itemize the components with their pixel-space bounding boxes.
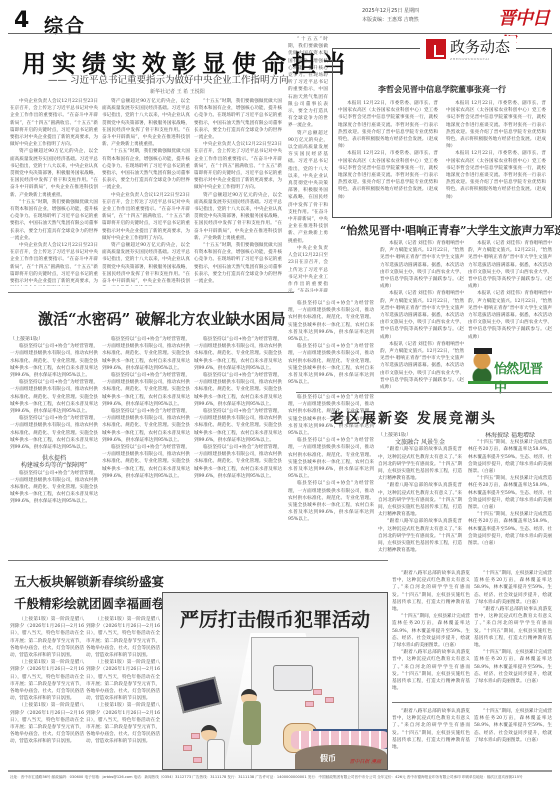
water-subhead-2: 构建城乡均等的“保障网” xyxy=(10,462,98,469)
section-divider-2 xyxy=(296,392,552,393)
header-meta: 2025年12月25日 星期四 本版责编：王惠郑 吉晓然 xyxy=(362,7,502,25)
spring-headline-line-1: 五大板块解锁新春缤纷盛宴 xyxy=(14,572,164,590)
old-district-column-2: 林海披绿 福地增绿 “十四五”期间，左权县累计完成营造林任务20万亩，森林覆盖率… xyxy=(468,432,552,564)
date-line: 2025年12月25日 星期四 xyxy=(362,7,502,16)
section-divider xyxy=(8,292,294,293)
water-column-4: 临县坚持以“公司+协会”为经营管理，一方面组建县级供水有限公司，推动农村供水标准… xyxy=(288,300,374,390)
cartoon-title: 严厉打击假币犯罪活动 xyxy=(163,605,387,632)
old-district-column-6: “十四五”期间，左权县累计完成营造林任务20万亩，森林覆盖率达58.9%，林木覆… xyxy=(474,708,552,768)
section-divider-3 xyxy=(392,702,552,703)
computer-monitor-icon xyxy=(176,677,222,714)
water-headline: 激活“水密码” 破解北方农业缺水困局 xyxy=(38,308,285,329)
student-column-1: 本报讯（记者 刘佳伟）青春唱响晋中韵，声力赋能文旅兴。12月22日，“怡然见晋中… xyxy=(380,240,464,390)
lead-byline: 新华社记者 王 希 王悦阳 xyxy=(150,88,205,95)
yiran-jianjinzhong-logo: 怡然见晋中 xyxy=(468,348,548,386)
old-district-subhead-a: 文旅融合 风景生金 xyxy=(378,439,462,446)
cartoon-credit: 晋中日报 漫画 xyxy=(349,758,381,765)
politics-box-label: 政务动态 xyxy=(450,36,510,57)
bill-icon xyxy=(313,689,322,695)
lead-column-4: “十五五”时期，我们要做强做优做大国有资本和国有企业，增强核心功能，提升核心竞争… xyxy=(288,36,328,292)
printer-icon xyxy=(273,665,313,691)
fleeing-man-2 xyxy=(207,739,225,770)
editor-line: 本版责编：王惠郑 吉晓然 xyxy=(362,16,502,25)
old-district-headline: 老区展新姿 发展竞潮头 xyxy=(330,408,497,428)
lead-column-2: 资产总额超过90万亿元的央企，以全面高质量发展夯实国民经济基础。习近平总书记指出… xyxy=(102,98,190,286)
old-district-column-4: “十四五”期间，左权县累计完成营造林任务20万亩，森林覆盖率达58.9%，林木覆… xyxy=(474,570,552,698)
politics-headline: 李哲会见晋中信息学院董事张亮一行 xyxy=(342,84,542,95)
water-column-1: （上接第1版） 临县坚持以“公司+协会”为经营管理，一方面组建县级供水有限公司，… xyxy=(10,336,98,508)
water-column-2: 临县坚持以“公司+协会”为经营管理，一方面组建县级供水有限公司，推动农村供水标准… xyxy=(102,336,190,508)
page-number: 4 xyxy=(14,8,29,33)
jz-logo-icon xyxy=(426,39,446,59)
student-headline: “怡然见晋中·唱响正青春”大学生文旅声力军选拔活动落幕 xyxy=(340,222,560,238)
water-column-3: 临县坚持以“公司+协会”为经营管理，一方面组建县级供水有限公司，推动农村供水标准… xyxy=(194,336,282,508)
spring-column-2: （上接第1版）第一阶段是腊八到除夕（2026年1月26日—2月16日），腊八当天… xyxy=(86,616,160,766)
footer-info: 社址：晋中市汇通路36号 邮政编码：030600 电子信箱：jzrbbs@126… xyxy=(10,775,550,780)
politics-box-header: 政务动态 ZHENGWUDONGTAI xyxy=(420,36,516,61)
spring-headline-line-2: 千般精彩绘就团圆幸福画卷 xyxy=(14,594,164,612)
old-district-column-1: （上接第1版） 文旅融合 风景生金 “跟着八路军总部的故事认真游览晋中，这种沉浸… xyxy=(378,432,462,564)
spring-column-1: （上接第1版）第一阶段是腊八到除夕（2026年1月26日—2月16日），腊八当天… xyxy=(10,616,84,766)
old-district-column-3: “跟着八路军总部的故事认真游览晋中，这种沉浸式红色教育太有意义了。”来自河北的研… xyxy=(392,570,470,698)
cartoon-illustration: 严厉打击假币犯罪活动 公安机关 假币 晋中日报 漫画 xyxy=(162,592,388,770)
graduation-hat-icon xyxy=(474,348,492,354)
politics-body-col-2: 本报讯 12月22日，市委常委、副市长、晋中国家农高区（太谷国家农业科创中心）党… xyxy=(446,100,546,214)
header-divider xyxy=(8,33,552,34)
sack-label: 假币 xyxy=(320,753,336,764)
old-district-subhead-b: 林海披绿 福地增绿 xyxy=(468,432,552,439)
lead-column-1: 中央企业负责人会议12月22日至23日在京召开，会上传达了习近平总书记对中央企业… xyxy=(10,98,98,286)
politics-body-col-1: 本报讯 12月22日，市委常委、副市长、晋中国家农高区（太谷国家农业科创中心）党… xyxy=(338,100,438,214)
lead-subheadline: —— 习近平总书记重要指示为做好中央企业工作指明方向 xyxy=(48,72,289,86)
student-column-2: 本报讯（记者 刘佳伟）青春唱响晋中韵，声力赋能文旅兴。12月22日，“怡然见晋中… xyxy=(468,240,552,346)
old-district-column-5: “跟着八路军总部的故事认真游览晋中，这种沉浸式红色教育太有意义了。”来自河北的研… xyxy=(392,708,470,768)
politics-box-pinyin: ZHENGWUDONGTAI xyxy=(450,57,510,61)
section-divider-4 xyxy=(8,560,388,561)
footer-divider xyxy=(8,770,552,772)
fleeing-man-1 xyxy=(243,701,261,745)
lead-column-3: “十五五”时期，我们要做强做优做大国有资本和国有企业，增强核心功能，提升核心竞争… xyxy=(194,98,282,286)
